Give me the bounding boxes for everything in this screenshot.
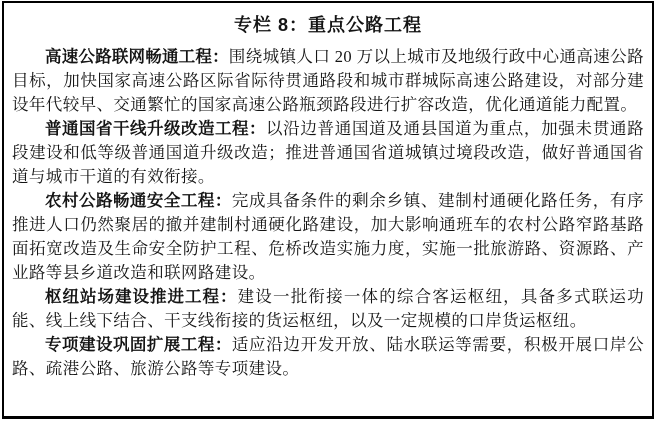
paragraph-expressway: 高速公路联网畅通工程：围绕城镇人口 20 万以上城市及地级行政中心通高速公路目标… — [12, 45, 644, 117]
paragraph-lead: 高速公路联网畅通工程： — [45, 48, 229, 66]
paragraph-special-construction: 专项建设巩固扩展工程：适应沿边开发开放、陆水联运等需要，积极开展口岸公路、疏港公… — [12, 333, 644, 381]
callout-box: 专栏 8：重点公路工程 高速公路联网畅通工程：围绕城镇人口 20 万以上城市及地… — [2, 1, 654, 419]
paragraph-national-provincial-roads: 普通国省干线升级改造工程：以沿边普通国道及通县国道为重点，加强未贯通路段建设和低… — [12, 117, 644, 189]
paragraph-lead: 专项建设巩固扩展工程： — [45, 336, 232, 354]
document-page: 专栏 8：重点公路工程 高速公路联网畅通工程：围绕城镇人口 20 万以上城市及地… — [0, 0, 656, 422]
paragraph-hub-stations: 枢纽站场建设推进工程：建设一批衔接一体的综合客运枢纽，具备多式联运功能、线上线下… — [12, 285, 644, 333]
paragraph-lead: 枢纽站场建设推进工程： — [45, 288, 238, 306]
paragraph-lead: 农村公路畅通安全工程： — [45, 192, 232, 210]
paragraph-lead: 普通国省干线升级改造工程： — [45, 120, 266, 138]
paragraph-rural-roads: 农村公路畅通安全工程：完成具备条件的剩余乡镇、建制村通硬化路任务，有序推进人口仍… — [12, 189, 644, 285]
box-title: 专栏 8：重点公路工程 — [12, 11, 644, 39]
